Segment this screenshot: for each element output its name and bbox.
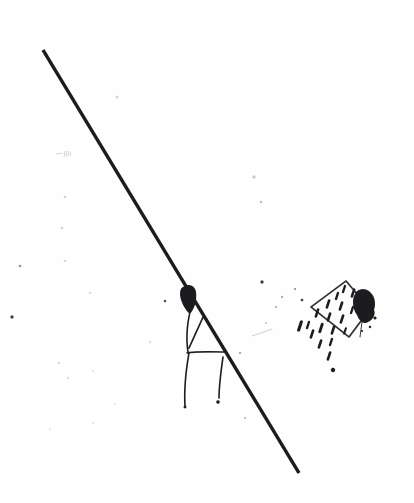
ink-drawing [0, 0, 414, 503]
paper-speck [92, 370, 94, 372]
paper-speck [64, 260, 66, 262]
paper-speck [116, 96, 119, 99]
paper-speck [164, 300, 167, 303]
paper-speck [294, 288, 296, 290]
sketch-page [0, 0, 414, 503]
paper-speck [252, 175, 255, 178]
paper-speck [275, 306, 277, 308]
paper-speck [10, 315, 13, 318]
paper-speck [61, 227, 63, 229]
paper-speck [89, 292, 91, 294]
paper-speck [19, 265, 22, 268]
paper-speck [281, 296, 283, 298]
paper-speck [64, 196, 66, 198]
paper-speck [301, 299, 304, 302]
paper-background [0, 0, 414, 503]
chair-right-leg-tip [216, 400, 219, 403]
paper-speck [244, 417, 246, 419]
ink-splatter-droplet [369, 326, 371, 328]
paper-speck [239, 352, 241, 354]
paper-speck [260, 201, 263, 204]
paper-speck [58, 362, 60, 364]
paper-speck [92, 422, 94, 424]
paper-speck [114, 403, 116, 405]
chair-left-leg-tip [184, 406, 187, 409]
paper-speck [149, 341, 151, 343]
paper-speck [49, 428, 51, 430]
paper-speck [260, 280, 263, 283]
ink-splatter-droplet [374, 317, 377, 320]
paper-speck [67, 377, 69, 379]
paper-speck [265, 322, 267, 324]
ink-dot [331, 368, 335, 372]
